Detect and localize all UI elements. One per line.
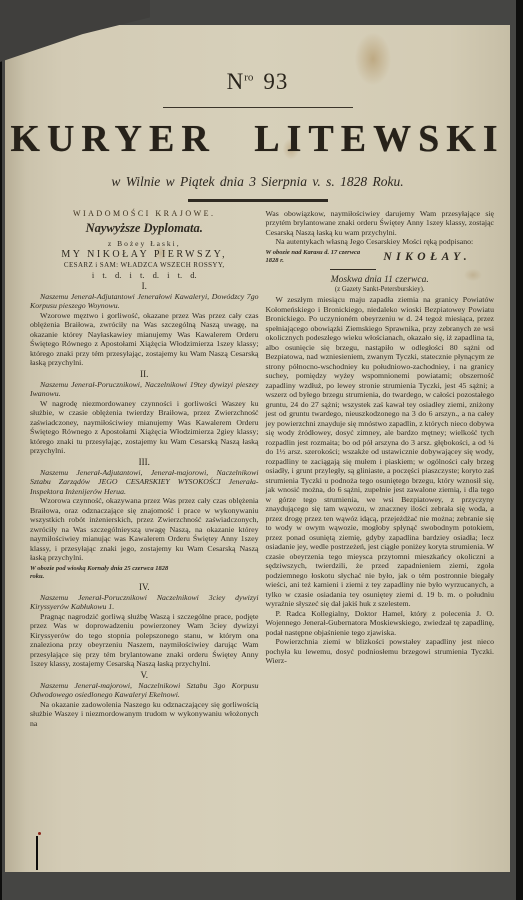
decree-addressee: Naszemu Jenerał-Porucznikowi Naczelnikow… [30,593,259,612]
imperial-signature: NIKOŁAY. [361,249,495,263]
decree-item-5: V. Naszemu Jenerał-majorowi, Naczelnikow… [30,670,259,729]
invocation-line-2: MY NIKOŁAY PIERWSZY, [30,249,259,260]
decree-addressee: Naszemu Jenerał-Adjutantowi Jenerałowi K… [30,292,259,311]
article-paragraph-2: P. Radca Kollegialny, Doktor Hamel, któr… [266,609,495,638]
decree-numeral: I. [30,281,259,291]
issue-value: 93 [263,69,288,94]
signature-block: W obozie nad Karasu d. 17 czerwca 1828 r… [266,249,495,265]
attestation-line: Na autentykach własną Jego Cesarskiey Mo… [266,237,495,247]
issue-superscript: ro [244,71,253,83]
invocation-line-1: z Bożey Łaski, [30,239,259,248]
decree-body: Pragnąc nagrodzić gorliwą służbę Waszą i… [30,612,259,669]
decree-item-2: II. Naszemu Jenerał-Porucznikowi, Naczel… [30,369,259,456]
article-paragraph-3: Powierzchnia ziemi w blizkości powstałey… [266,637,495,666]
decree-body: Na okazanie zadowolenia Naszego ku odzna… [30,700,259,729]
camp-date-note: W obozie nad Karasu d. 17 czerwca 1828 r… [266,249,361,265]
article-place-date: Moskwa dnia 11 czerwca. [266,275,495,285]
decree-body: Wzorowe męztwo i gorliwość, okazane prze… [30,311,259,368]
invocation-line-4: i t. d. i t. d. i t. d. [30,270,259,280]
decree-item-1: I. Naszemu Jenerał-Adjutantowi Jenerałow… [30,281,259,368]
newspaper-page: Nro93 KURYER LITEWSKI w Wilnie w Piątek … [5,25,510,872]
right-column: Was obowiązkow, naymiłościwiey darujemy … [266,209,495,850]
header-rule [163,107,353,108]
decree-numeral: IV. [30,582,259,592]
decree-addressee: Naszemu Jenerał-Adjutantowi, Jenerał-maj… [30,468,259,497]
decree-body: W nagrodę niezmordowaney czynności i gor… [30,399,259,456]
invocation-line-3: CESARZ i SAM: WŁADZCA WSZECH ROSSYY, [30,261,259,269]
issue-number: Nro93 [5,69,510,95]
decree-addressee: Naszemu Jenerał-majorowi, Naczelnikowi S… [30,681,259,700]
masthead-title: KURYER LITEWSKI [5,117,510,161]
decree-addressee: Naszemu Jenerał-Porucznikowi, Naczelniko… [30,380,259,399]
article-separator-rule [330,269,376,271]
dateline: w Wilnie w Piątek dnia 3 Sierpnia v. s. … [5,174,510,190]
decree-numeral: II. [30,369,259,379]
decree-numeral: III. [30,457,259,467]
issue-prefix: N [227,69,245,94]
decree-numeral: V. [30,670,259,680]
decree-item-3: III. Naszemu Jenerał-Adjutantowi, Jenera… [30,457,259,581]
article-source: (z Gazety Sankt-Petersburskiey). [266,286,495,293]
document-title: Naywyższe Dyplomata. [30,221,259,236]
red-mark [38,832,41,835]
decree-item-4: IV. Naszemu Jenerał-Porucznikowi Naczeln… [30,582,259,669]
article-paragraph-1: W zeszłym miesiącu maju zapadła ziemia n… [266,295,495,609]
masthead-block: Nro93 KURYER LITEWSKI w Wilnie w Piątek … [5,69,510,202]
crack-mark [36,836,38,870]
text-columns: WIADOMOŚCI KRAJOWE. Naywyższe Dyplomata.… [5,202,510,850]
section-header: WIADOMOŚCI KRAJOWE. [30,209,259,218]
decree-continuation: Was obowiązkow, naymiłościwiey darujemy … [266,209,495,238]
left-column: WIADOMOŚCI KRAJOWE. Naywyższe Dyplomata.… [30,209,259,850]
decree-body: Wzorowa czynność, okazywana przez Was pr… [30,496,259,563]
camp-date-note: W obozie pod wioską Kornały dnia 25 czer… [30,565,180,581]
